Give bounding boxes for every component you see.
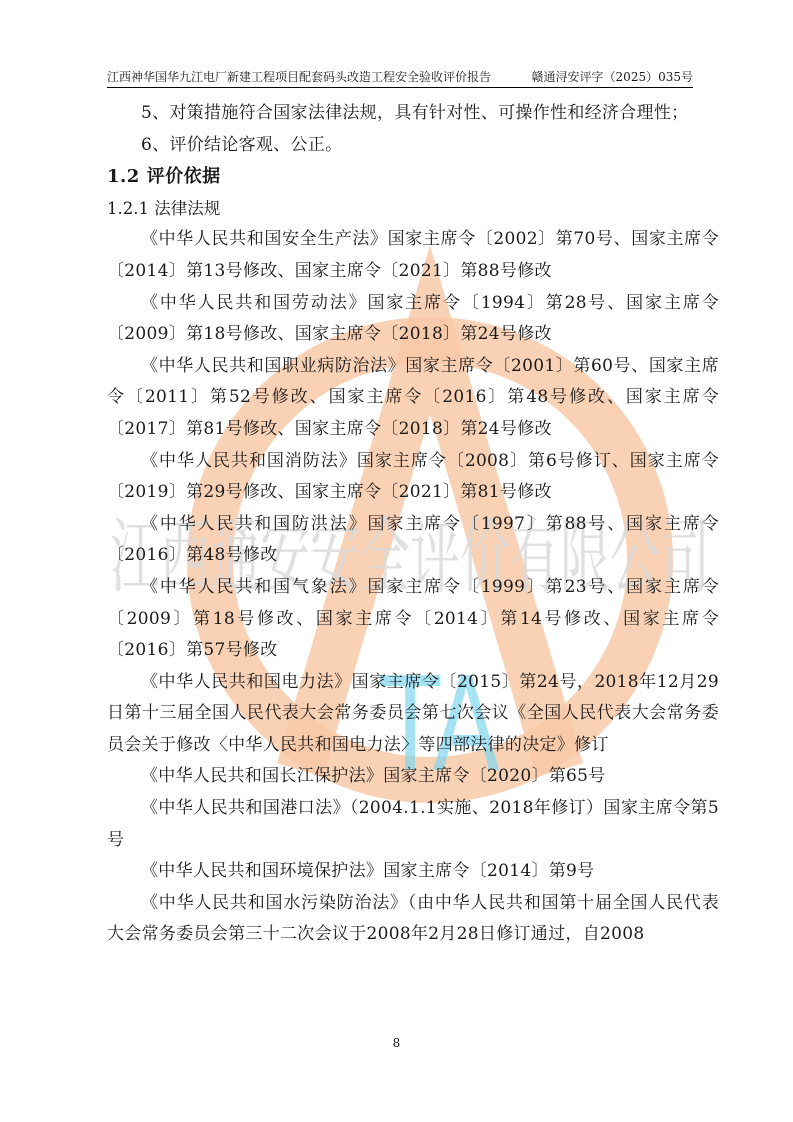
law-entry: 《中华人民共和国长江保护法》国家主席令〔2020〕第65号 [107,761,719,793]
document-body: 5、对策措施符合国家法律法规，具有针对性、可操作性和经济合理性； 6、评价结论客… [107,98,719,951]
report-title: 江西神华国华九江电厂新建工程项目配套码头改造工程安全验收评价报告 [107,67,491,87]
law-entry: 《中华人民共和国港口法》（2004.1.1实施、2018年修订）国家主席令第5号 [107,793,719,856]
law-entry: 《中华人民共和国职业病防治法》国家主席令〔2001〕第60号、国家主席令〔201… [107,351,719,446]
criteria-item: 5、对策措施符合国家法律法规，具有针对性、可操作性和经济合理性； [107,98,719,130]
subsection-heading: 1.2.1 法律法规 [107,193,719,225]
law-entry: 《中华人民共和国消防法》国家主席令〔2008〕第6号修订、国家主席令〔2019〕… [107,446,719,509]
law-entry: 《中华人民共和国气象法》国家主席令〔1999〕第23号、国家主席令〔2009〕第… [107,572,719,667]
law-entry: 《中华人民共和国环境保护法》国家主席令〔2014〕第9号 [107,856,719,888]
page-header: 江西神华国华九江电厂新建工程项目配套码头改造工程安全验收评价报告 赣通浔安评字（… [107,67,693,88]
law-entry: 《中华人民共和国劳动法》国家主席令〔1994〕第28号、国家主席令〔2009〕第… [107,288,719,351]
document-number: 赣通浔安评字（2025）035号 [532,67,693,87]
law-entry: 《中华人民共和国安全生产法》国家主席令〔2002〕第70号、国家主席令〔2014… [107,224,719,287]
section-heading: 1.2 评价依据 [107,161,719,193]
page-number: 8 [0,1036,793,1050]
law-entry: 《中华人民共和国水污染防治法》（由中华人民共和国第十届全国人民代表大会常务委员会… [107,888,719,951]
criteria-item: 6、评价结论客观、公正。 [107,130,719,162]
law-entry: 《中华人民共和国防洪法》国家主席令〔1997〕第88号、国家主席令〔2016〕第… [107,509,719,572]
law-entry: 《中华人民共和国电力法》国家主席令〔2015〕第24号，2018年12月29日第… [107,667,719,762]
